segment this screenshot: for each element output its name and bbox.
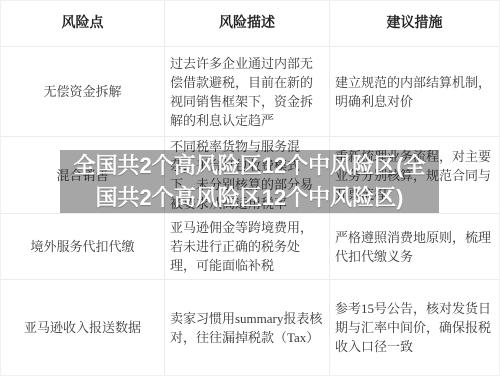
risk-point-text: 境外服务代扣代缴 [30, 237, 134, 256]
suggestion-cell: 参考15号公告，核对发货日期与汇率中间价，确保报税收入口径一致 [330, 280, 499, 375]
suggestion-cell: 建立规范的内部结算机制，明确利息对价 [330, 47, 499, 137]
risk-point-cell: 无偿资金拆解 [1, 47, 165, 137]
risk-point-text: 亚马逊收入报送数据 [24, 318, 141, 337]
risk-description-cell: 卖家习惯用summary报表核对，往往漏掉税款（Tax） [165, 280, 330, 375]
risk-description-cell: 过去许多企业通过内部无偿借款避税，目前在新的视同销售框架下，资金拆解的利息认定趋… [165, 47, 330, 137]
risk-point-text: 无偿资金拆解 [43, 82, 121, 101]
header-cell-risk-point: 风险点 [1, 1, 165, 47]
risk-description-cell: 亚马逊佣金等跨境费用，若未进行正确的税务处理，可能面临补税 [165, 214, 330, 280]
risk-description-text: 卖家习惯用summary报表核对，往往漏掉税款（Tax） [170, 309, 325, 347]
watermark-text: 全国共2个高风险区12个中风险区(全国共2个高风险区12个中风险区) [73, 153, 425, 210]
risk-table: 风险点 风险描述 建议措施 无偿资金拆解 过去许多企业通过内部无偿借款避税，目前… [0, 0, 500, 376]
risk-point-cell: 亚马逊收入报送数据 [1, 280, 165, 375]
risk-point-cell: 境外服务代扣代缴 [1, 214, 165, 280]
header-label-risk-description: 风险描述 [219, 14, 275, 33]
header-label-suggestion: 建议措施 [387, 14, 443, 33]
header-cell-risk-description: 风险描述 [165, 1, 330, 47]
header-label-risk-point: 风险点 [62, 14, 104, 33]
suggestion-text: 建立规范的内部结算机制，明确利息对价 [335, 73, 495, 111]
suggestion-text: 严格遵照消费地原则，梳理代扣代缴义务 [335, 228, 495, 266]
suggestion-cell: 严格遵照消费地原则，梳理代扣代缴义务 [330, 214, 499, 280]
risk-description-text: 过去许多企业通过内部无偿借款避税，目前在新的视同销售框架下，资金拆解的利息认定趋… [170, 54, 325, 130]
risk-description-text: 亚马逊佣金等跨境费用，若未进行正确的税务处理，可能面临补税 [170, 218, 325, 275]
suggestion-text: 参考15号公告，核对发货日期与汇率中间价，确保报税收入口径一致 [335, 299, 495, 356]
header-cell-suggestion: 建议措施 [330, 1, 499, 47]
watermark-overlay: 全国共2个高风险区12个中风险区(全国共2个高风险区12个中风险区) [60, 150, 439, 213]
